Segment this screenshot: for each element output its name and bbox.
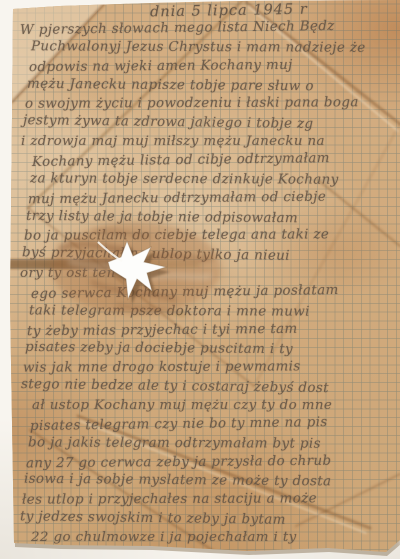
date-line: dnia 5 lipca 1945 r bbox=[150, 2, 308, 21]
handwritten-line-5: o swojym życiu i powodzeniu i łaski pana… bbox=[25, 96, 359, 112]
handwritten-line-9: za kturyn tobje serdecne dzinkuje Kochan… bbox=[30, 171, 339, 187]
handwritten-line-28: 22 go chulmowze i ja pojechałam i ty bbox=[31, 530, 297, 545]
letter-body: dnia 5 lipca 1945 r W pjerszych słowach … bbox=[0, 0, 400, 559]
handwritten-line-1: W pjerszych słowach mego lista Niech Będ… bbox=[20, 19, 335, 38]
handwritten-line-23: bo ja jakis telegram odtrzymałam byt pis bbox=[28, 435, 321, 451]
handwritten-line-27: ty jedzes swojskim i to zeby ja bytam bbox=[20, 509, 286, 527]
handwritten-line-12: bo ja puscilam do ciebje telega ana taki… bbox=[24, 228, 329, 244]
handwritten-line-22: pisates telegram czy nie bo ty mne na pi… bbox=[30, 415, 328, 434]
handwritten-line-8: Kochany mężu lista od cibje odtrzymałam bbox=[32, 151, 330, 170]
handwritten-line-17: ty żeby mias przyjechac i tyi mne tam bbox=[27, 321, 298, 338]
handwritten-line-24: any 27 go cerwca zeby ja przysła do chru… bbox=[26, 453, 332, 471]
letter-paper: dnia 5 lipca 1945 r W pjerszych słowach … bbox=[0, 0, 400, 559]
handwritten-line-4: mężu Janecku napisze tobje pare słuw o bbox=[27, 76, 314, 94]
handwritten-line-20: stego nie bedze ale ty i costaraj żebyś … bbox=[21, 377, 329, 396]
handwritten-line-13: byś przyjachał na ublop tylko ja nieui bbox=[22, 245, 290, 264]
handwritten-line-2: Puchwalonyj Jezus Chrystus i mam nadziej… bbox=[31, 39, 366, 55]
handwritten-line-18: pisates zeby ja dociebje puscitam i ty bbox=[25, 340, 293, 357]
handwritten-line-6: jestym żywa ta zdrowa jakiego i tobje zg bbox=[23, 113, 314, 132]
handwritten-line-25: isowa i ja sobje myslatem ze może ty dos… bbox=[24, 472, 332, 490]
handwritten-line-15: ego serwca Kochany muj mężu ja posłatam bbox=[31, 283, 339, 302]
handwritten-line-14: ory ty ost ten te bbox=[20, 266, 134, 281]
handwritten-line-11: trzy listy ale ja tobje nie odpisowałam bbox=[26, 208, 298, 225]
handwritten-line-16: taki telegram psze doktora i mne muwi bbox=[29, 303, 310, 319]
handwritten-line-26: łes utlop i przyjechałes na staciju a mo… bbox=[22, 492, 317, 508]
handwritten-line-7: i zdrowja maj muj miłszy mężu Janecku na bbox=[21, 134, 325, 149]
handwritten-line-21: ał ustop Kochany muj mężu czy ty do mne bbox=[32, 398, 332, 413]
letter-scan: dnia 5 lipca 1945 r W pjerszych słowach … bbox=[0, 0, 400, 559]
handwritten-line-10: muj mężu Janecku odtrzymałam od ciebje bbox=[28, 189, 326, 207]
handwritten-line-3: odpowis na wjeki amen Kochany muj bbox=[29, 58, 293, 75]
handwritten-line-19: wis jak mne drogo kostuje i pewmamis bbox=[23, 360, 301, 376]
